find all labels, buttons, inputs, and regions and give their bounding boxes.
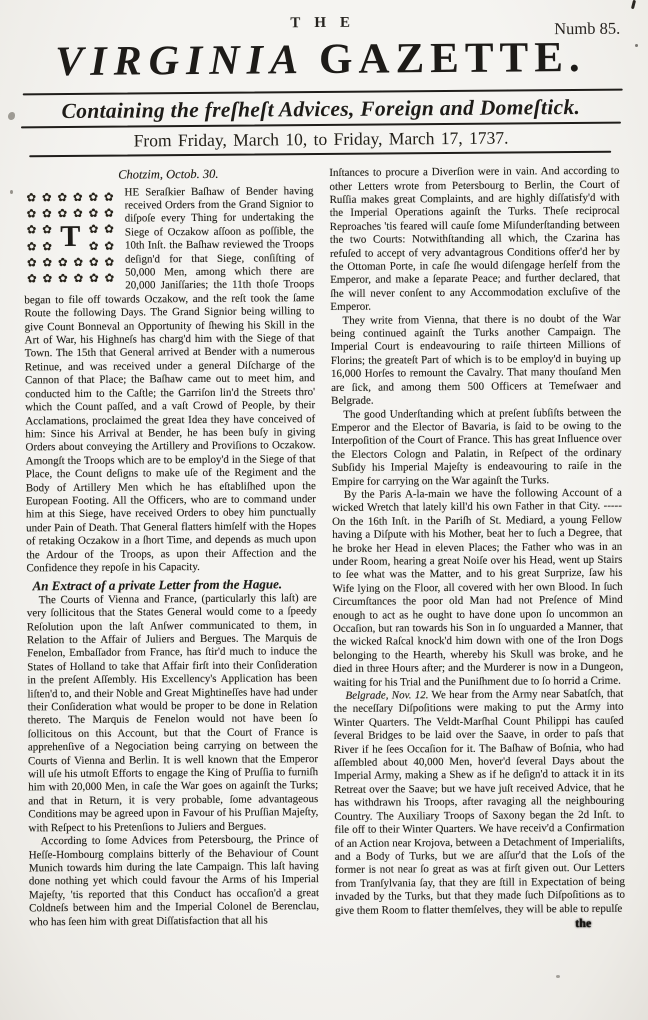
rosette-icon: ✿: [24, 270, 40, 286]
rosette-icon: ✿: [39, 205, 55, 221]
rosette-icon: ✿: [24, 221, 40, 237]
masthead-title-word2: GAZETTE.: [319, 34, 586, 83]
rosette-icon: ✿: [101, 188, 117, 204]
rosette-icon: ✿: [71, 270, 87, 286]
masthead-title: VIRGINIA GAZETTE.: [0, 32, 645, 86]
rosette-icon: ✿: [39, 189, 55, 205]
article-columns: Chotzim, Octob. 30. T ✿ ✿ ✿ ✿ ✿ ✿ ✿ ✿ ✿ …: [0, 165, 648, 1008]
rosette-icon: ✿: [70, 188, 86, 204]
paragraph: Inſtances to procure a Diverſion were in…: [329, 165, 620, 315]
paragraph: The good Underſtanding which at preſent …: [331, 406, 622, 489]
rosette-icon: ✿: [70, 205, 86, 221]
newspaper-sheet: Numb 85. THE VIRGINIA GAZETTE. Containin…: [0, 0, 648, 1020]
paragraph: The Courts of Vienna and France, (partic…: [27, 592, 319, 836]
rosette-icon: ✿: [24, 238, 40, 254]
drop-cap-ornament: T ✿ ✿ ✿ ✿ ✿ ✿ ✿ ✿ ✿ ✿ ✿ ✿ ✿ ✿: [23, 188, 117, 287]
ink-smudge: [556, 975, 560, 978]
rosette-icon: ✿: [101, 221, 117, 237]
rosette-icon: ✿: [86, 205, 102, 221]
rosette-icon: ✿: [86, 254, 102, 270]
right-column: Inſtances to procure a Diverſion were in…: [329, 165, 626, 1005]
rosette-icon: ✿: [54, 189, 70, 205]
left-column: Chotzim, Octob. 30. T ✿ ✿ ✿ ✿ ✿ ✿ ✿ ✿ ✿ …: [23, 167, 320, 1007]
rosette-icon: ✿: [55, 205, 71, 221]
rosette-icon: ✿: [102, 270, 118, 286]
rosette-icon: ✿: [39, 221, 55, 237]
rosette-icon: ✿: [101, 254, 117, 270]
belgrade-paragraph-text: We hear from the Army near Sabatſch, tha…: [334, 688, 626, 917]
newspaper-page: Numb 85. THE VIRGINIA GAZETTE. Containin…: [0, 0, 648, 1020]
rosette-icon: ✿: [86, 237, 102, 253]
rosette-icon: ✿: [24, 254, 40, 270]
rosette-icon: ✿: [86, 221, 102, 237]
rosette-icon: ✿: [55, 254, 71, 270]
drop-cap-letter: T: [55, 221, 86, 254]
paragraph: According to ſome Advices from Petersbou…: [29, 833, 320, 929]
letter-extract-heading: An Extract of a private Letter from the …: [33, 577, 317, 593]
paragraph: They write from Vienna, that there is no…: [330, 312, 621, 408]
masthead-title-word1: VIRGINIA: [55, 37, 305, 85]
belgrade-paragraph: Belgrade, Nov. 12. We hear from the Army…: [333, 688, 625, 918]
rosette-icon: ✿: [23, 189, 39, 205]
ink-smudge: [10, 190, 13, 194]
masthead-subtitle: Containing the freſheſt Advices, Foreign…: [27, 95, 615, 125]
article-dateline: Chotzim, Octob. 30.: [23, 167, 313, 183]
opening-paragraph: T ✿ ✿ ✿ ✿ ✿ ✿ ✿ ✿ ✿ ✿ ✿ ✿ ✿ ✿: [23, 185, 316, 576]
masthead-kicker: THE: [0, 12, 644, 34]
belgrade-dateline: Belgrade, Nov. 12.: [345, 689, 428, 702]
horizontal-rule: [23, 89, 623, 96]
masthead-date-range: From Friday, March 10, to Friday, March …: [0, 127, 645, 153]
rosette-icon: ✿: [55, 270, 71, 286]
rosette-icon: ✿: [101, 205, 117, 221]
rosette-icon: ✿: [86, 270, 102, 286]
horizontal-rule: [29, 151, 611, 157]
rosette-icon: ✿: [24, 205, 40, 221]
catchword: the: [335, 917, 625, 933]
rosette-icon: ✿: [70, 254, 86, 270]
issue-number: Numb 85.: [554, 19, 620, 40]
rosette-icon: ✿: [39, 238, 55, 254]
rosette-icon: ✿: [39, 254, 55, 270]
ink-smudge: [635, 44, 638, 47]
paragraph: By the Paris A-la-main we have the follo…: [332, 487, 624, 690]
rosette-icon: ✿: [101, 237, 117, 253]
rosette-icon: ✿: [85, 188, 101, 204]
rosette-icon: ✿: [40, 270, 56, 286]
